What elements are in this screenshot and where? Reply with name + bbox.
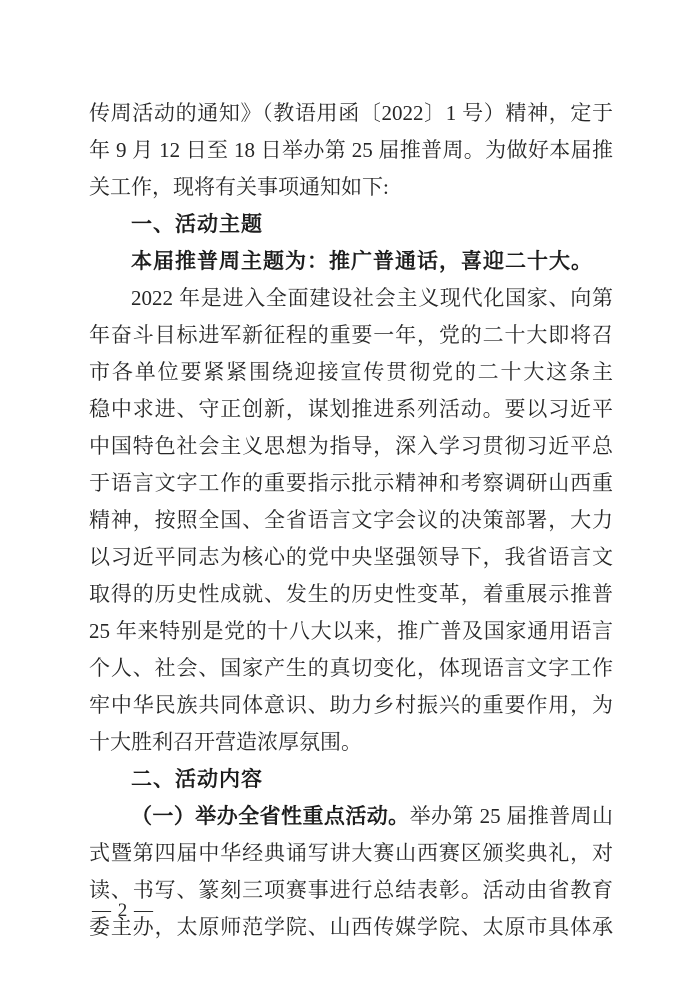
section-heading-2: 二、活动内容	[89, 761, 613, 798]
body-line: 年奋斗目标进军新征程的重要一年，党的二十大即将召开。各	[89, 317, 613, 354]
body-line: 取得的历史性成就、发生的历史性变革，着重展示推普周举办	[89, 576, 613, 613]
body-line: 精神，按照全国、全省语言文字会议的决策部署，大力宣传在	[89, 502, 613, 539]
body-line: 稳中求进、守正创新，谋划推进系列活动。要以习近平新时代	[89, 391, 613, 428]
body-line: 25 年来特别是党的十八大以来，推广普及国家通用语言文字对	[89, 613, 613, 650]
section-heading-1: 一、活动主题	[89, 206, 613, 243]
theme-statement: 本届推普周主题为：推广普通话，喜迎二十大。	[89, 243, 613, 280]
body-line: 2022 年是进入全面建设社会主义现代化国家、向第二个百	[89, 280, 613, 317]
document-page: 传周活动的通知》（教语用函〔2022〕1 号）精神，定于 2022 年 9 月 …	[0, 0, 700, 989]
body-line: 以习近平同志为核心的党中央坚强领导下，我省语言文字工作	[89, 539, 613, 576]
body-line: 式暨第四届中华经典诵写讲大赛山西赛区颁奖典礼，对 2022 年诵	[89, 835, 613, 872]
body-line: （一）举办全省性重点活动。举办第 25 届推普周山西开幕	[89, 798, 613, 835]
subsection-lead: （一）举办全省性重点活动。	[131, 804, 410, 828]
body-line: 委主办，太原师范学院、山西传媒学院、太原市具体承办。各部	[89, 909, 613, 946]
body-line: 个人、社会、国家产生的真切变化，体现语言文字工作服务铸	[89, 650, 613, 687]
body-line: 牢中华民族共同体意识、助力乡村振兴的重要作用，为党的二	[89, 687, 613, 724]
body-line: 市各单位要紧紧围绕迎接宣传贯彻党的二十大这条主线，坚持	[89, 354, 613, 391]
body-line: 年 9 月 12 日至 18 日举办第 25 届推普周。为做好本届推普周相	[89, 132, 613, 169]
document-body: 传周活动的通知》（教语用函〔2022〕1 号）精神，定于 2022 年 9 月 …	[89, 95, 613, 946]
body-line: 十大胜利召开营造浓厚氛围。	[89, 724, 613, 761]
body-line: 中国特色社会主义思想为指导，深入学习贯彻习近平总书记关	[89, 428, 613, 465]
body-line: 传周活动的通知》（教语用函〔2022〕1 号）精神，定于 2022	[89, 95, 613, 132]
page-number: — 2 —	[92, 896, 154, 926]
body-line: 关工作，现将有关事项通知如下:	[89, 169, 613, 206]
body-line: 读、书写、篆刻三项赛事进行总结表彰。活动由省教育厅、省语	[89, 872, 613, 909]
body-line: 于语言文字工作的重要指示批示精神和考察调研山西重要指示	[89, 465, 613, 502]
